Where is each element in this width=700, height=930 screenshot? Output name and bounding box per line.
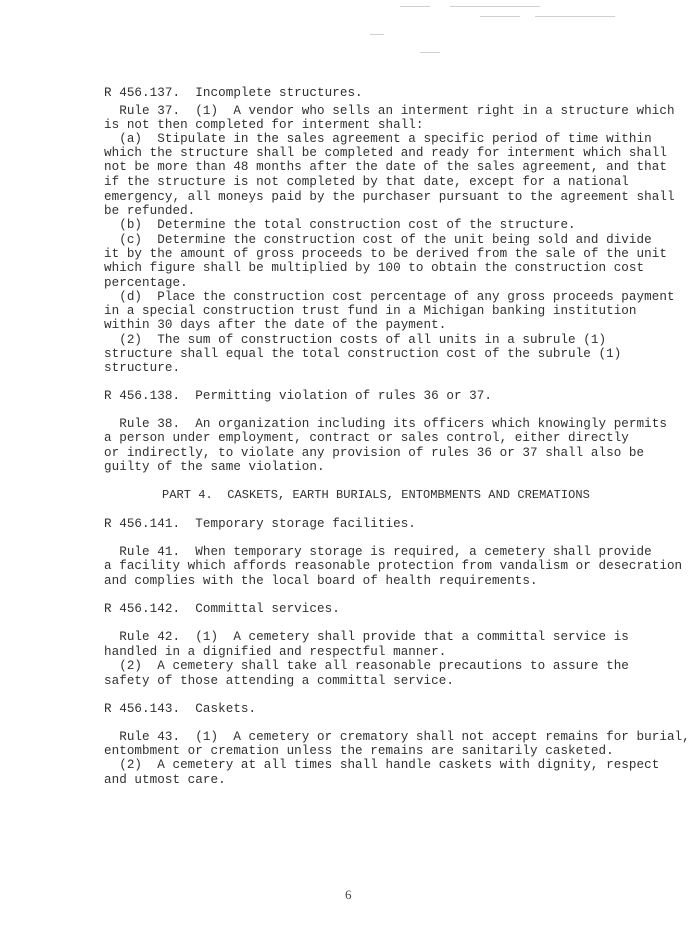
rule-37-line: (2) The sum of construction costs of all…: [104, 333, 606, 347]
rule-37-line: which figure shall be multiplied by 100 …: [104, 261, 644, 275]
rule-43-line: and utmost care.: [104, 773, 226, 787]
rule-41-line: a facility which affords reasonable prot…: [104, 559, 682, 573]
scan-artifacts: [360, 0, 640, 70]
part-4-heading: PART 4. CASKETS, EARTH BURIALS, ENTOMBME…: [104, 488, 590, 502]
section-heading-456-142: R 456.142. Committal services.: [104, 602, 340, 616]
rule-37-line: (a) Stipulate in the sales agreement a s…: [104, 132, 652, 146]
rule-37-line: (d) Place the construction cost percenta…: [104, 290, 675, 304]
document-page: R 456.137. Incomplete structures. Rule 3…: [0, 0, 700, 930]
rule-37-line: (b) Determine the total construction cos…: [104, 218, 576, 232]
section-heading-456-143: R 456.143. Caskets.: [104, 702, 256, 716]
rule-41-line: Rule 41. When temporary storage is requi…: [104, 545, 652, 559]
rule-42-line: Rule 42. (1) A cemetery shall provide th…: [104, 630, 629, 644]
rule-37-line: structure.: [104, 361, 180, 375]
rule-37-line: if the structure is not completed by tha…: [104, 175, 629, 189]
rule-43-line: entombment or cremation unless the remai…: [104, 744, 614, 758]
rule-38-line: a person under employment, contract or s…: [104, 431, 629, 445]
page-number: 6: [345, 887, 352, 903]
rule-37-line: emergency, all moneys paid by the purcha…: [104, 190, 675, 204]
rule-38-line: Rule 38. An organization including its o…: [104, 417, 667, 431]
rule-42-line: safety of those attending a committal se…: [104, 674, 454, 688]
rule-38-line: guilty of the same violation.: [104, 460, 325, 474]
rule-37-line: Rule 37. (1) A vendor who sells an inter…: [104, 104, 675, 118]
rule-43-line: Rule 43. (1) A cemetery or crematory sha…: [104, 730, 690, 744]
rule-42-line: (2) A cemetery shall take all reasonable…: [104, 659, 629, 673]
rule-37-line: be refunded.: [104, 204, 195, 218]
rule-43-line: (2) A cemetery at all times shall handle…: [104, 758, 659, 772]
rule-42-line: handled in a dignified and respectful ma…: [104, 645, 446, 659]
rule-37-line: is not then completed for interment shal…: [104, 118, 424, 132]
section-heading-456-138: R 456.138. Permitting violation of rules…: [104, 389, 492, 403]
rule-37-line: it by the amount of gross proceeds to be…: [104, 247, 667, 261]
section-heading-456-137: R 456.137. Incomplete structures.: [104, 86, 363, 100]
rule-38-line: or indirectly, to violate any provision …: [104, 446, 644, 460]
rule-37-line: not be more than 48 months after the dat…: [104, 160, 667, 174]
rule-37-line: percentage.: [104, 276, 188, 290]
rule-37-line: within 30 days after the date of the pay…: [104, 318, 446, 332]
rule-37-line: (c) Determine the construction cost of t…: [104, 233, 652, 247]
rule-37-line: structure shall equal the total construc…: [104, 347, 621, 361]
rule-37-line: in a special construction trust fund in …: [104, 304, 637, 318]
rule-37-line: which the structure shall be completed a…: [104, 146, 667, 160]
rule-41-line: and complies with the local board of hea…: [104, 574, 538, 588]
section-heading-456-141: R 456.141. Temporary storage facilities.: [104, 517, 416, 531]
